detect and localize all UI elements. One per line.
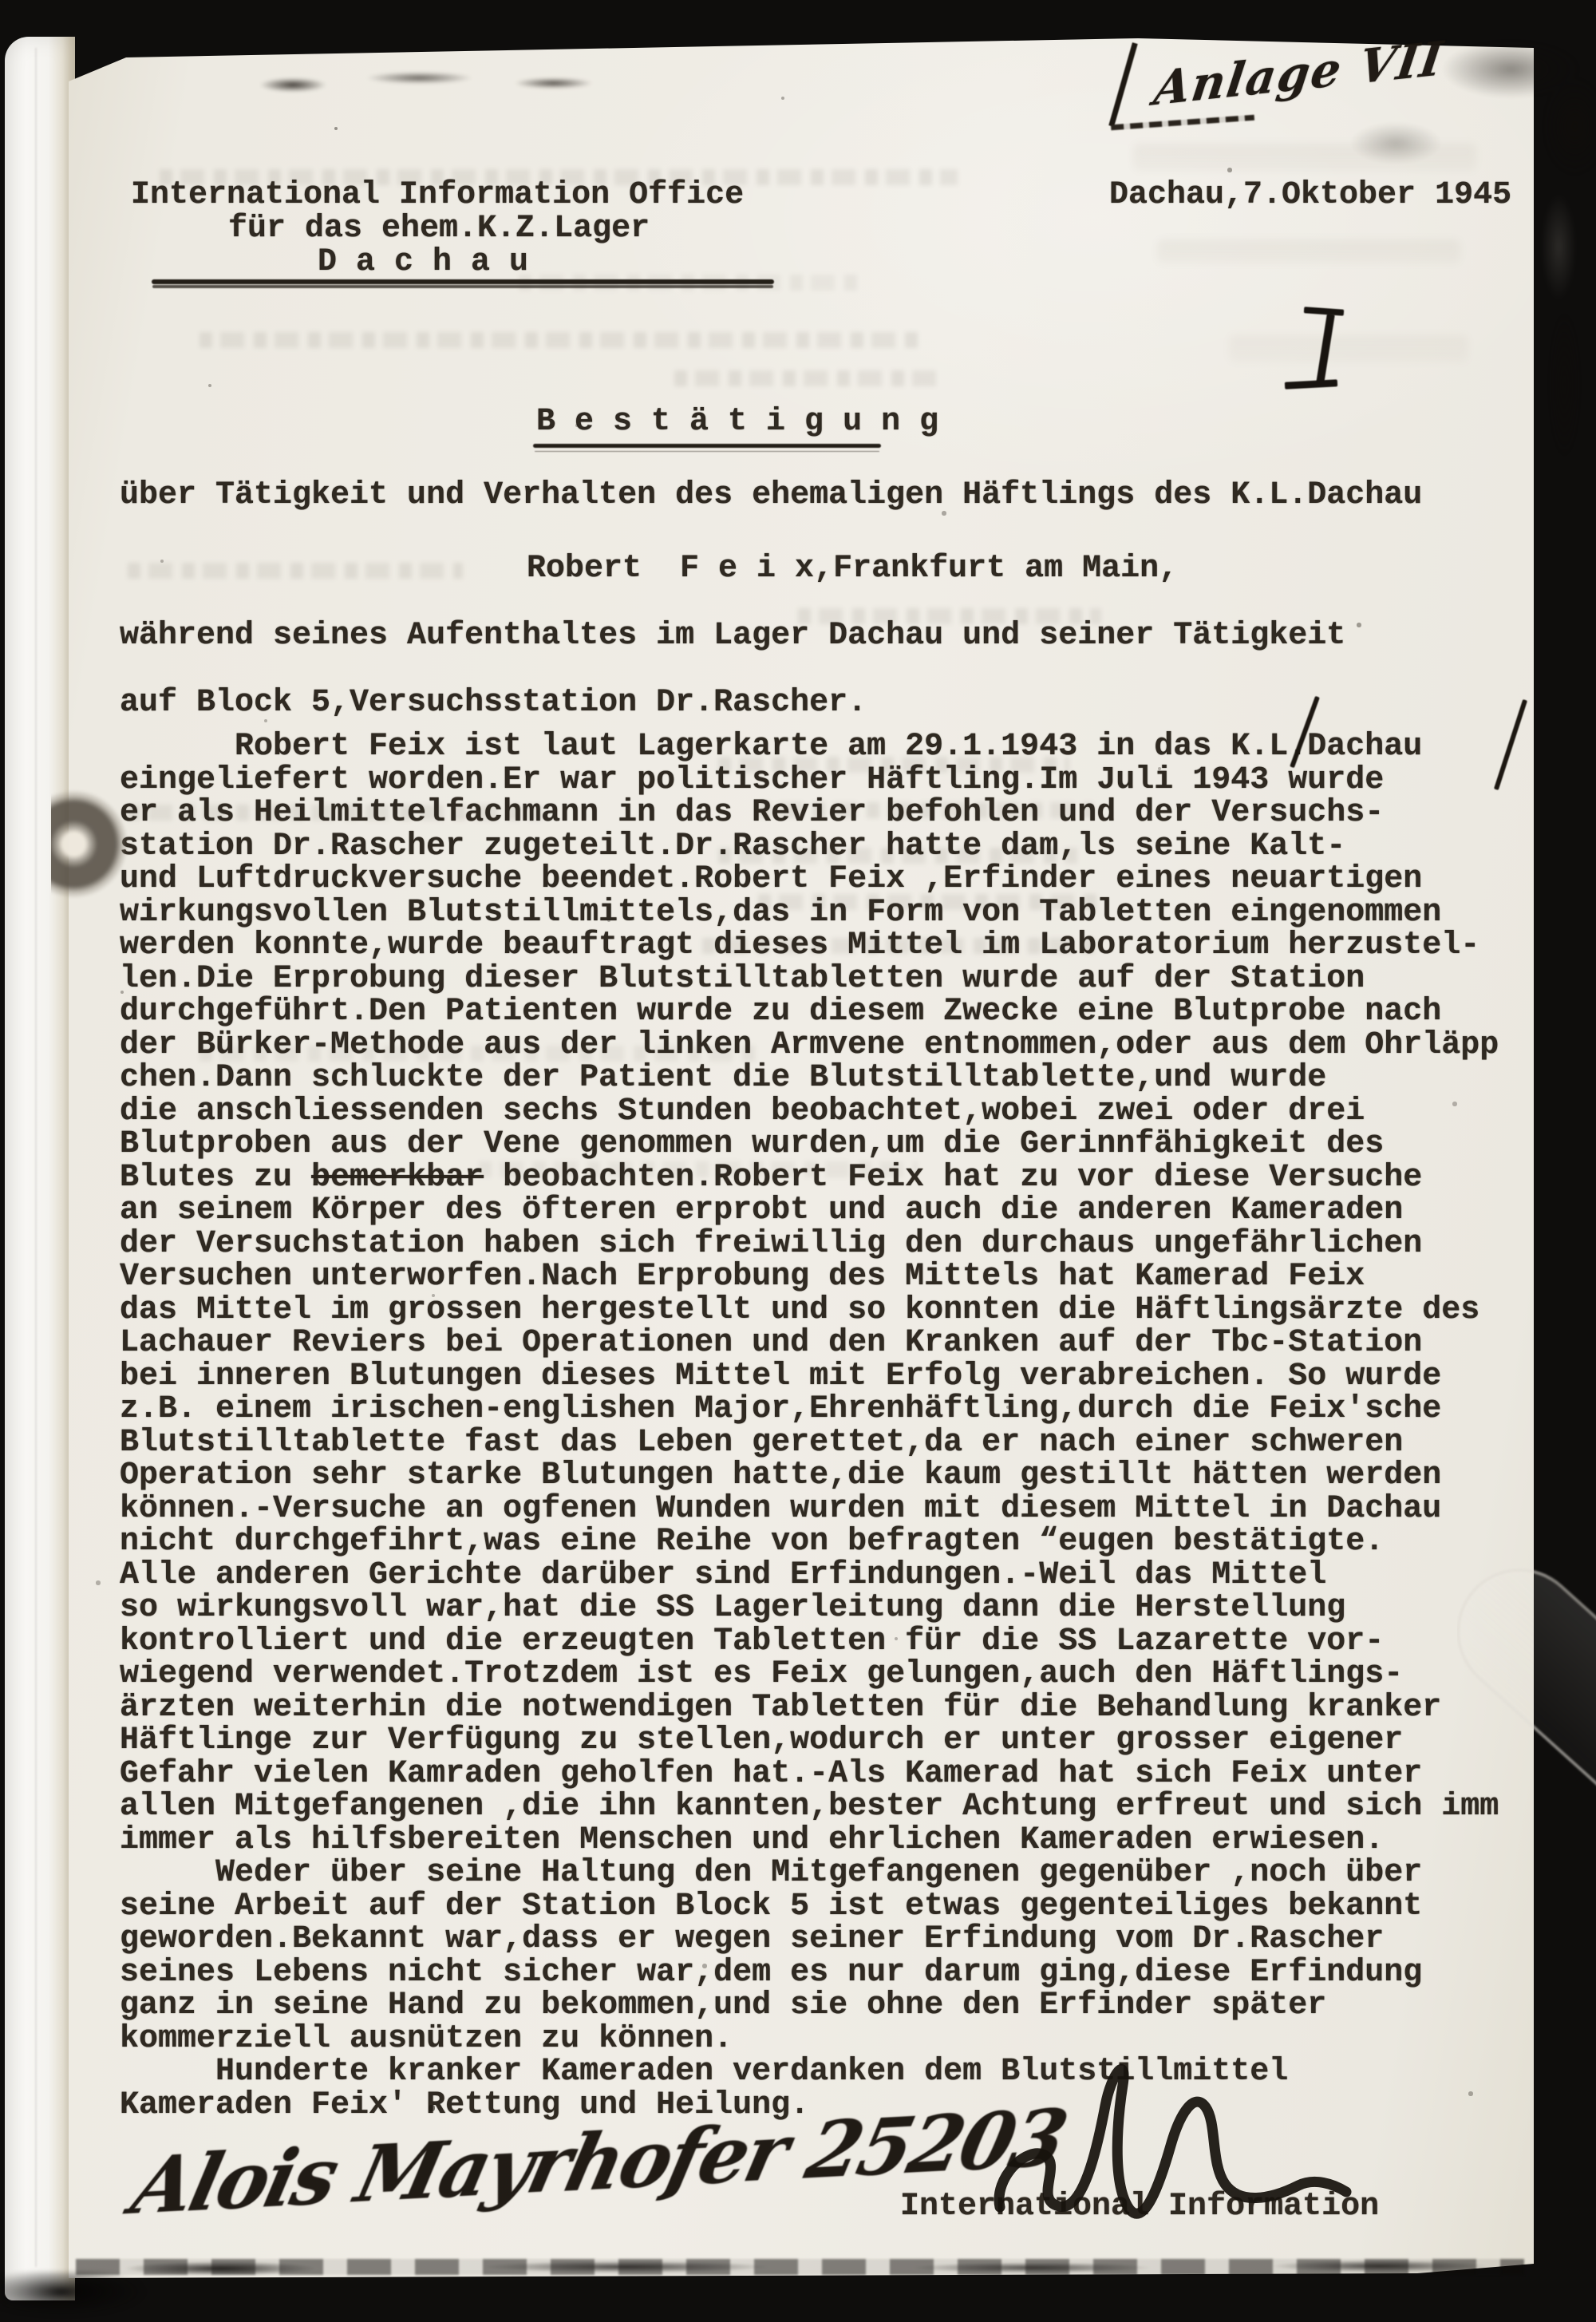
bleed-through-stamp xyxy=(1157,239,1460,263)
signature-scribble-icon xyxy=(986,2043,1361,2243)
bleed-through-line xyxy=(674,370,938,386)
title-underline xyxy=(533,444,881,448)
letterhead-line-1: International Information Office xyxy=(131,179,744,212)
right-edge-grime xyxy=(1513,184,1596,471)
subject-line-3: während seines Aufenthaltes im Lager Dac… xyxy=(120,619,1345,653)
ink-speckles xyxy=(0,0,2,2)
overtyped-struck-word: bemerkbar xyxy=(311,1160,484,1196)
body-line14-after: beobachten.Robert Feix hat zu vor diese … xyxy=(484,1160,1422,1196)
book-page-stack-edge xyxy=(5,37,75,2300)
body-paragraph-part-2: an seinem Körper des öfteren erprobt und… xyxy=(120,1194,1499,2122)
bleed-through-stamp xyxy=(1229,335,1468,362)
bleed-through-line xyxy=(128,563,463,579)
letterhead-underline xyxy=(152,279,774,284)
subject-line-2: Robert F e i x,Frankfurt am Main, xyxy=(527,552,1178,586)
body-line14-before: Blutes zu xyxy=(120,1160,311,1196)
letterhead-line-3: D a c h a u xyxy=(318,246,528,279)
document-title: B e s t ä t i g u n g xyxy=(536,405,938,439)
ragged-ink-bottom-edge xyxy=(76,2259,1524,2275)
plastic-sleeve-corner-region xyxy=(1457,1513,1596,1861)
letterhead-line-2: für das ehem.K.Z.Lager xyxy=(228,212,650,246)
bottom-left-shadow xyxy=(0,2272,176,2322)
subject-line-4: auf Block 5,Versuchsstation Dr.Rascher. xyxy=(120,686,867,720)
plastic-sleeve-corner xyxy=(1457,1542,1596,1833)
top-edge-dirt xyxy=(239,64,622,99)
bleed-through-line xyxy=(199,332,918,348)
page-stack-crease xyxy=(35,48,37,2267)
body-line-with-correction: Blutes zu bemerkbar beobachten.Robert Fe… xyxy=(120,1161,1422,1195)
subject-line-1: über Tätigkeit und Verhalten des ehemali… xyxy=(120,479,1422,512)
body-paragraph-part-1: Robert Feix ist laut Lagerkarte am 29.1.… xyxy=(120,730,1499,1161)
top-right-grime xyxy=(1293,22,1596,190)
